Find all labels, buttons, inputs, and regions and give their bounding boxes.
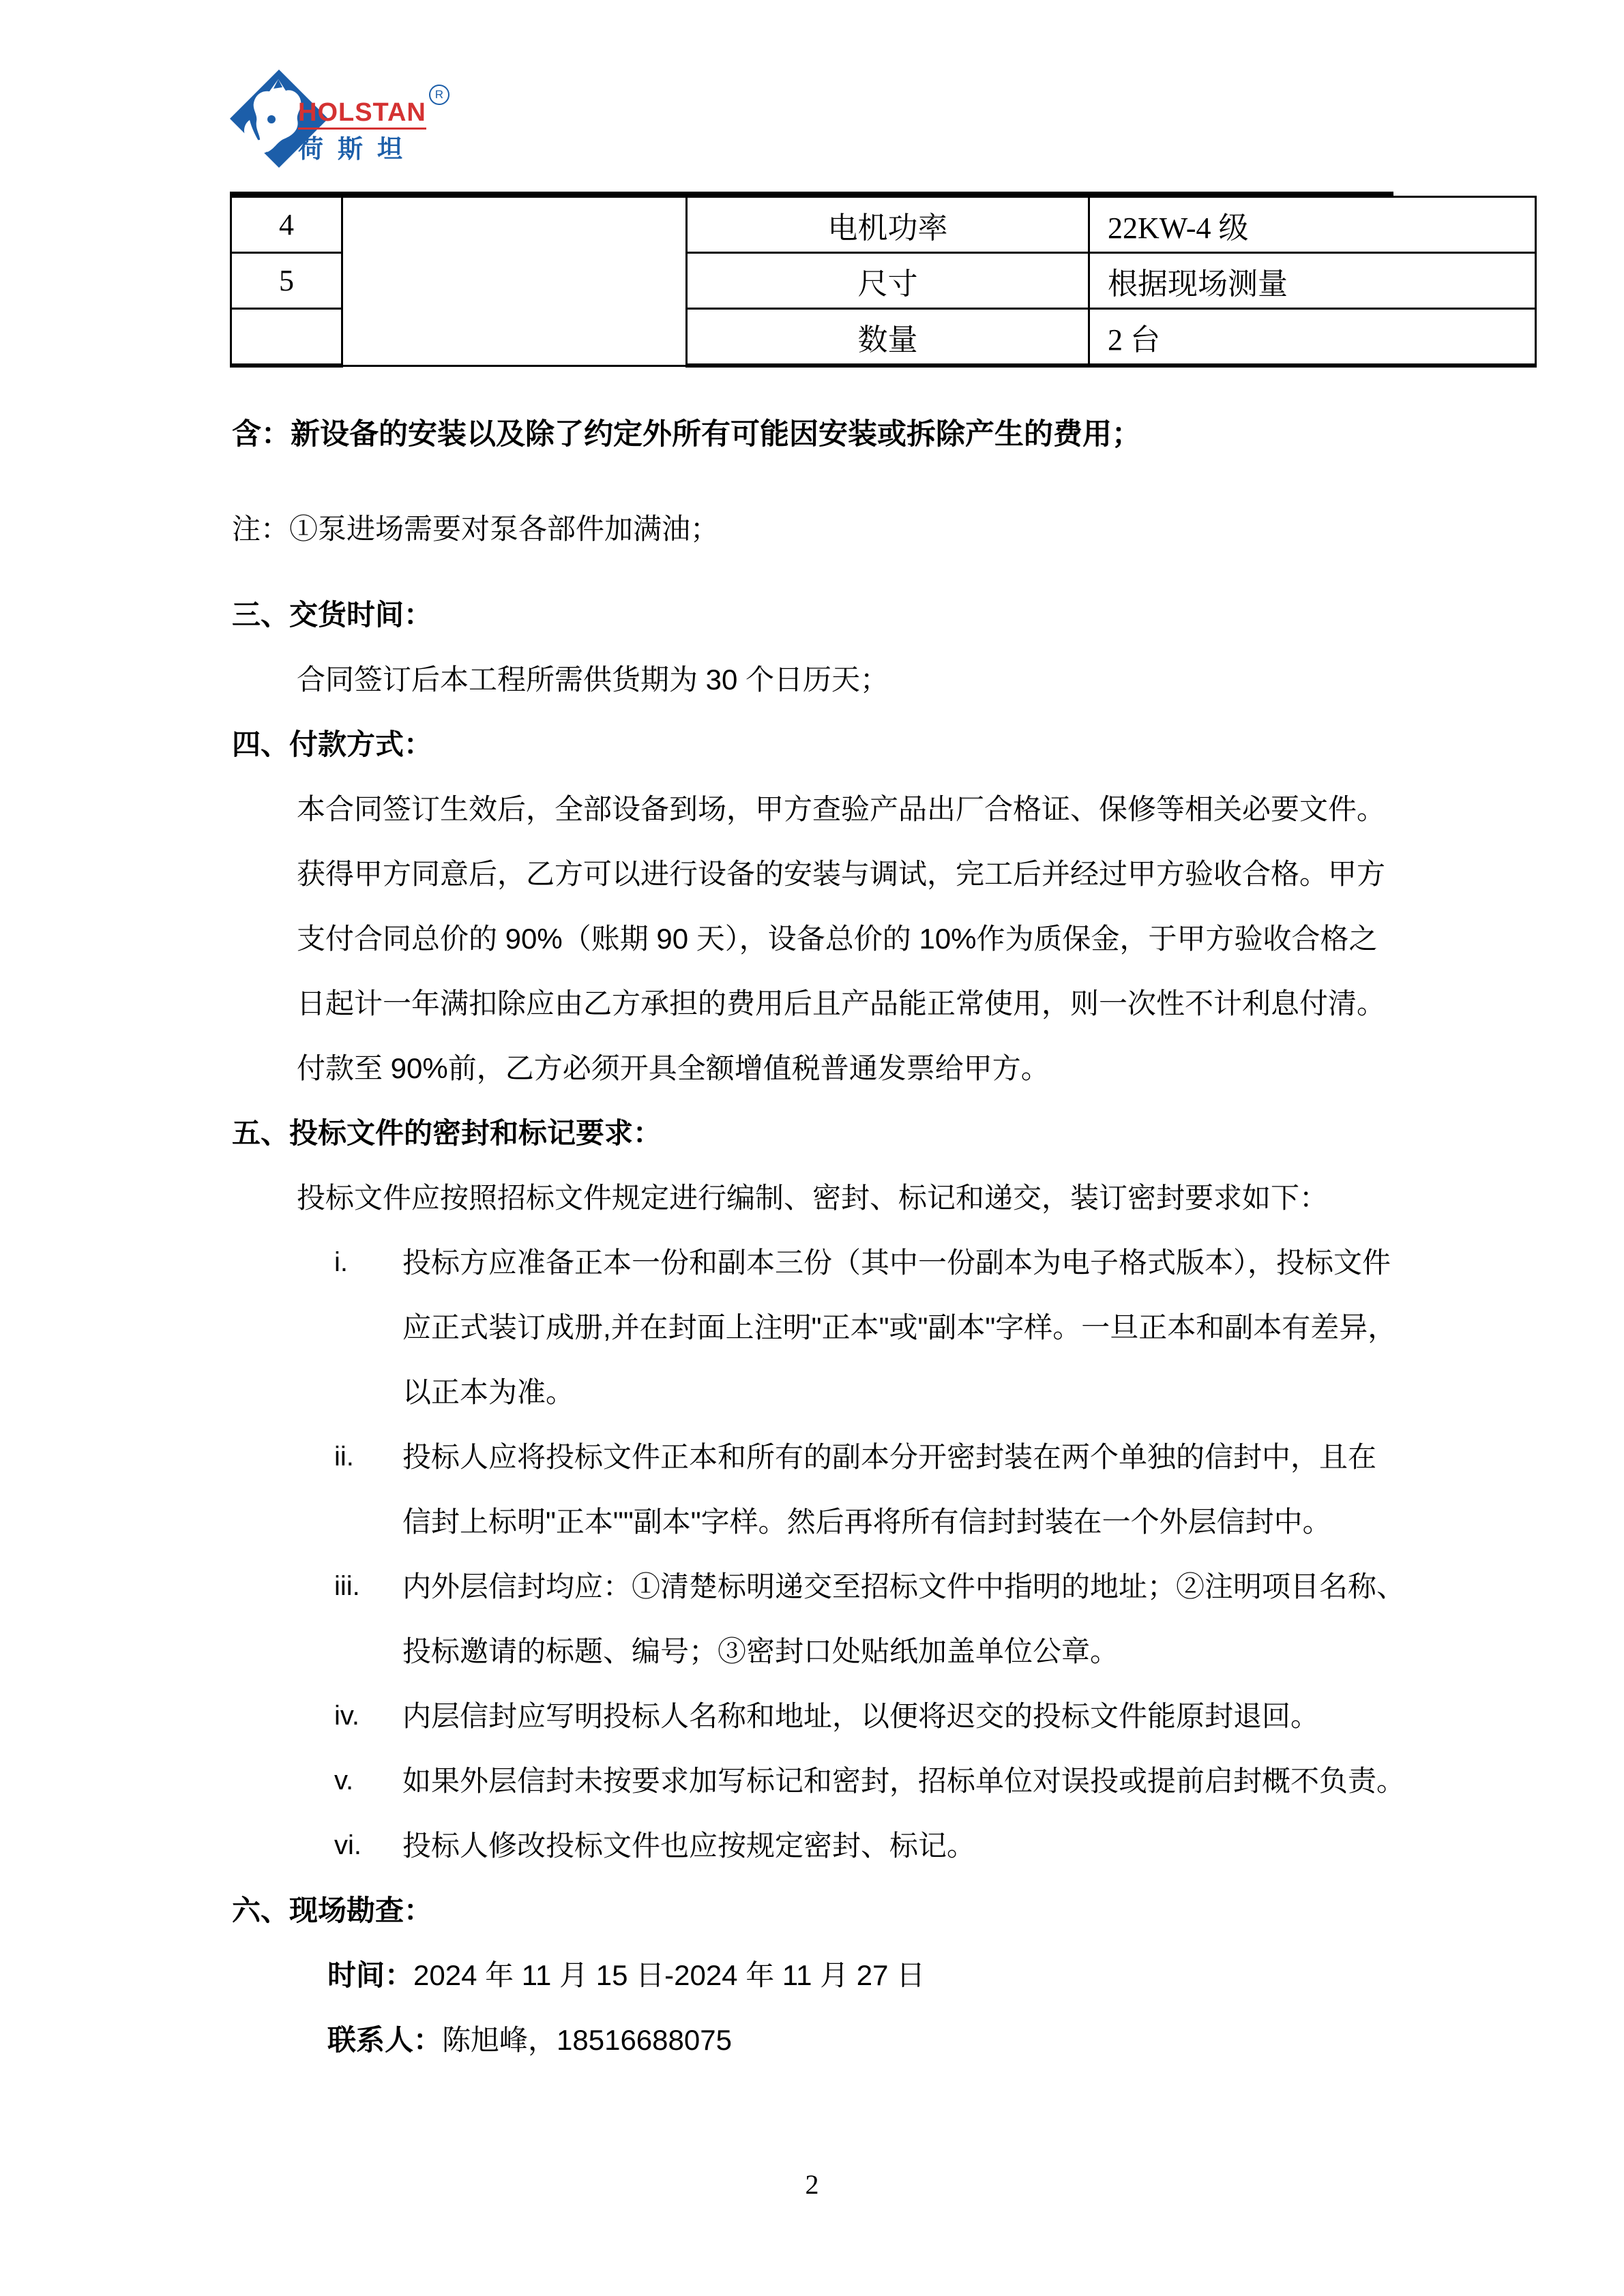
cell-row-number: 4 (231, 197, 342, 253)
cell-spec-value: 2 台 (1089, 309, 1536, 366)
list-item: iv. 内层信封应写明投标人名称和地址，以便将迟交的投标文件能原封退回。 (232, 1684, 1528, 1748)
note-included: 含：新设备的安装以及除了约定外所有可能因安装或拆除产生的费用； (232, 402, 1528, 456)
brand-name: HOLSTAN (298, 100, 426, 130)
list-item: vi. 投标人修改投标文件也应按规定密封、标记。 (232, 1813, 1528, 1878)
list-item: ii. 投标人应将投标文件正本和所有的副本分开密封装在两个单独的信封中，且在 信… (232, 1425, 1528, 1554)
registered-mark-icon: R (429, 85, 449, 105)
cell-spec-label: 数量 (687, 309, 1089, 366)
list-item: iii. 内外层信封均应：①清楚标明递交至招标文件中指明的地址；②注明项目名称、… (232, 1554, 1528, 1684)
sealing-intro: 投标文件应按照招标文件规定进行编制、密封、标记和递交，装订密封要求如下： (297, 1165, 1528, 1230)
payment-line: 日起计一年满扣除应由乙方承担的费用后且产品能正常使用，则一次性不计利息付清。 (297, 971, 1528, 1036)
payment-line: 支付合同总价的 90%（账期 90 天），设备总价的 10%作为质保金，于甲方验… (297, 906, 1528, 971)
section-heading-payment: 四、付款方式： (232, 712, 1528, 777)
section-heading-sealing: 五、投标文件的密封和标记要求： (232, 1101, 1528, 1165)
survey-contact-line: 联系人：陈旭峰，18516688075 (327, 2008, 1528, 2072)
spec-table: 4 电机功率 22KW-4 级 5 尺寸 根据现场测量 数量 2 台 (230, 196, 1537, 368)
contact-label: 联系人： (327, 2024, 442, 2056)
company-logo: HOLSTAN R 荷斯坦 (228, 67, 447, 169)
cell-spec-value: 22KW-4 级 (1089, 197, 1536, 253)
document-page: HOLSTAN R 荷斯坦 4 电机功率 22KW-4 级 5 尺寸 根据现场测… (0, 0, 1624, 2296)
cell-description-merged (342, 197, 687, 366)
payment-line: 付款至 90%前，乙方必须开具全额增值税普通发票给甲方。 (297, 1036, 1528, 1101)
survey-time-line: 时间：2024 年 11 月 15 日-2024 年 11 月 27 日 (327, 1943, 1528, 2008)
list-item-number: iv. (334, 1684, 402, 1748)
list-item-line: 以正本为准。 (402, 1360, 1396, 1425)
brand-name-chinese: 荷斯坦 (298, 136, 441, 162)
contact-value: 陈旭峰，18516688075 (442, 2024, 732, 2056)
table-row: 4 电机功率 22KW-4 级 (231, 197, 1536, 253)
note-remark: 注：①泵进场需要对泵各部件加满油； (232, 509, 1528, 550)
list-item-line: 如果外层信封未按要求加写标记和密封，招标单位对误投或提前启封概不负责。 (402, 1748, 1405, 1813)
list-item-line: 投标人修改投标文件也应按规定密封、标记。 (402, 1813, 975, 1878)
list-item-number: vi. (334, 1813, 402, 1878)
logo-text-block: HOLSTAN R 荷斯坦 (298, 100, 441, 162)
list-item-number: ii. (334, 1425, 402, 1554)
list-item: v. 如果外层信封未按要求加写标记和密封，招标单位对误投或提前启封概不负责。 (232, 1748, 1528, 1813)
list-item-line: 应正式装订成册,并在封面上注明"正本"或"副本"字样。一旦正本和副本有差异， (402, 1295, 1396, 1360)
delivery-body: 合同签订后本工程所需供货期为 30 个日历天； (297, 647, 1528, 712)
cell-spec-label: 尺寸 (687, 253, 1089, 309)
section-heading-delivery: 三、交货时间： (232, 582, 1528, 647)
list-item-line: 内外层信封均应：①清楚标明递交至招标文件中指明的地址；②注明项目名称、 (402, 1554, 1405, 1619)
section-heading-survey: 六、现场勘查： (232, 1878, 1528, 1943)
list-item-number: v. (334, 1748, 402, 1813)
payment-line: 本合同签订生效后，全部设备到场，甲方查验产品出厂合格证、保修等相关必要文件。 (297, 777, 1528, 841)
list-item-line: 投标人应将投标文件正本和所有的副本分开密封装在两个单独的信封中，且在 (402, 1425, 1376, 1489)
list-item-line: 信封上标明"正本""副本"字样。然后再将所有信封封装在一个外层信封中。 (402, 1489, 1376, 1554)
time-label: 时间： (327, 1959, 413, 1991)
list-item-number: i. (334, 1230, 402, 1425)
cell-spec-value: 根据现场测量 (1089, 253, 1536, 309)
list-item-line: 投标方应准备正本一份和副本三份（其中一份副本为电子格式版本），投标文件 (402, 1230, 1396, 1295)
list-item-number: iii. (334, 1554, 402, 1684)
cell-row-number (231, 309, 342, 366)
document-body: 含：新设备的安装以及除了约定外所有可能因安装或拆除产生的费用； 注：①泵进场需要… (232, 402, 1528, 2072)
list-item-line: 投标邀请的标题、编号；③密封口处贴纸加盖单位公章。 (402, 1619, 1405, 1684)
page-number: 2 (0, 2168, 1624, 2201)
list-item: i. 投标方应准备正本一份和副本三份（其中一份副本为电子格式版本），投标文件 应… (232, 1230, 1528, 1425)
payment-line: 获得甲方同意后，乙方可以进行设备的安装与调试，完工后并经过甲方验收合格。甲方 (297, 841, 1528, 906)
list-item-line: 内层信封应写明投标人名称和地址，以便将迟交的投标文件能原封退回。 (402, 1684, 1319, 1748)
time-value: 2024 年 11 月 15 日-2024 年 11 月 27 日 (413, 1959, 925, 1991)
cell-row-number: 5 (231, 253, 342, 309)
cell-spec-label: 电机功率 (687, 197, 1089, 253)
